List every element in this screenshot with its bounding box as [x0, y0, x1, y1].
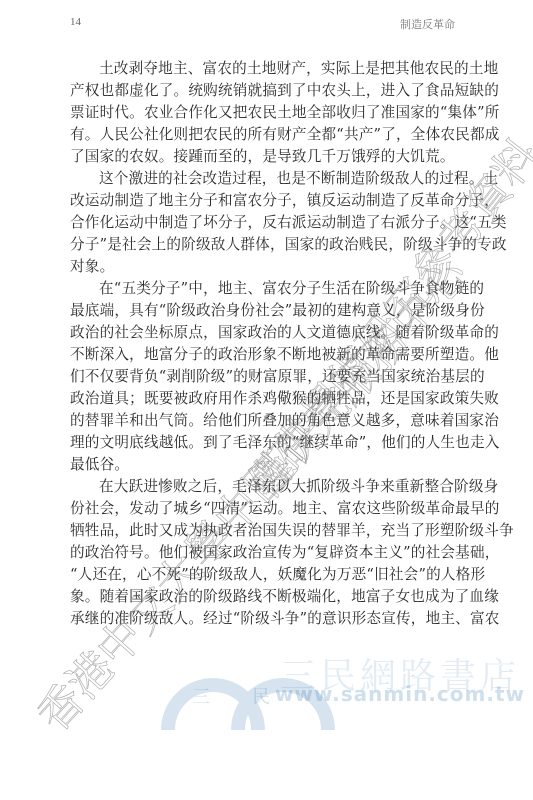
- text-line: 在大跃进惨败之后，毛泽东以大抓阶级斗争来重新整合阶级身: [70, 476, 456, 498]
- paragraph: 在“五类分子”中，地主、富农分子生活在阶级斗争食物链的 最底端，具有“阶级政治身…: [70, 278, 456, 476]
- text-line: 象。随着国家政治的阶级路线不断极端化，地富子女也成为了血缘: [70, 586, 456, 608]
- text-line: 的替罪羊和出气筒。给他们所叠加的角色意义越多，意味着国家治: [70, 410, 456, 432]
- paragraph: 这个激进的社会改造过程，也是不断制造阶级敌人的过程。土 改运动制造了地主分子和富…: [70, 168, 456, 278]
- text-line: 的政治符号。他们被国家政治宣传为“复辟资本主义”的社会基础，: [70, 542, 456, 564]
- text-line: 了国家的农奴。接踵而至的，是导致几千万饿殍的大饥荒。: [70, 146, 456, 168]
- logo-glyph-left: 三: [192, 683, 210, 709]
- text-line: 份社会，发动了城乡“四清”运动。地主、富农这些阶级革命最早的: [70, 498, 456, 520]
- text-line: 理的文明底线越低。到了毛泽东的“继续革命”，他们的人生也走入: [70, 432, 456, 454]
- text-line: 对象。: [70, 256, 456, 278]
- text-line: 票证时代。农业合作化又把农民土地全部收归了准国家的“集体”所: [70, 102, 456, 124]
- text-line: 政治道具；既要被政府用作杀鸡儆猴的牺牲品，还是国家政策失败: [70, 388, 456, 410]
- text-line: “人还在，心不死”的阶级敌人，妖魔化为万恶“旧社会”的人格形: [70, 564, 456, 586]
- text-line: 这个激进的社会改造过程，也是不断制造阶级敌人的过程。土: [70, 168, 456, 190]
- text-line: 在“五类分子”中，地主、富农分子生活在阶级斗争食物链的: [70, 278, 456, 300]
- text-line: 改运动制造了地主分子和富农分子，镇反运动制造了反革命分子，: [70, 190, 456, 212]
- text-line: 产权也都虚化了。统购统销就搞到了中农头上，进入了食品短缺的: [70, 80, 456, 102]
- text-line: 不断深入，地富分子的政治形象不断地被新的革命需要所塑造。他: [70, 344, 456, 366]
- text-line: 最低谷。: [70, 454, 456, 476]
- text-line: 有。人民公社化则把农民的所有财产全都“共产”了，全体农民都成: [70, 124, 456, 146]
- paragraph: 土改剥夺地主、富农的土地财产，实际上是把其他农民的土地 产权也都虚化了。统购统销…: [70, 58, 456, 168]
- text-line: 土改剥夺地主、富农的土地财产，实际上是把其他农民的土地: [70, 58, 456, 80]
- logo-url: www.sanmin.com.tw: [275, 682, 525, 706]
- paragraph: 在大跃进惨败之后，毛泽东以大抓阶级斗争来重新整合阶级身 份社会，发动了城乡“四清…: [70, 476, 456, 630]
- text-line: 合作化运动中制造了坏分子，反右派运动制造了右派分子。这“五类: [70, 212, 456, 234]
- logo-glyph-right: 民: [252, 683, 270, 709]
- page-number: 14: [70, 16, 81, 28]
- running-title: 制造反革命: [400, 16, 455, 32]
- text-line: 承继的准阶级敌人。经过“阶级斗争”的意识形态宣传，地主、富农: [70, 608, 456, 630]
- text-line: 们不仅要背负“剥削阶级”的财富原罪，还要充当国家统治基层的: [70, 366, 456, 388]
- page-header: 14 制造反革命: [70, 16, 455, 32]
- body-text: 土改剥夺地主、富农的土地财产，实际上是把其他农民的土地 产权也都虚化了。统购统销…: [70, 58, 456, 630]
- text-line: 政治的社会坐标原点，国家政治的人文道德底线。随着阶级革命的: [70, 322, 456, 344]
- text-line: 分子”是社会上的阶级敌人群体，国家的政治贱民，阶级斗争的专政: [70, 234, 456, 256]
- text-line: 最底端，具有“阶级政治身份社会”最初的建构意义，是阶级身份: [70, 300, 456, 322]
- text-line: 牺牲品，此时又成为执政者治国失误的替罪羊，充当了形塑阶级斗争: [70, 520, 456, 542]
